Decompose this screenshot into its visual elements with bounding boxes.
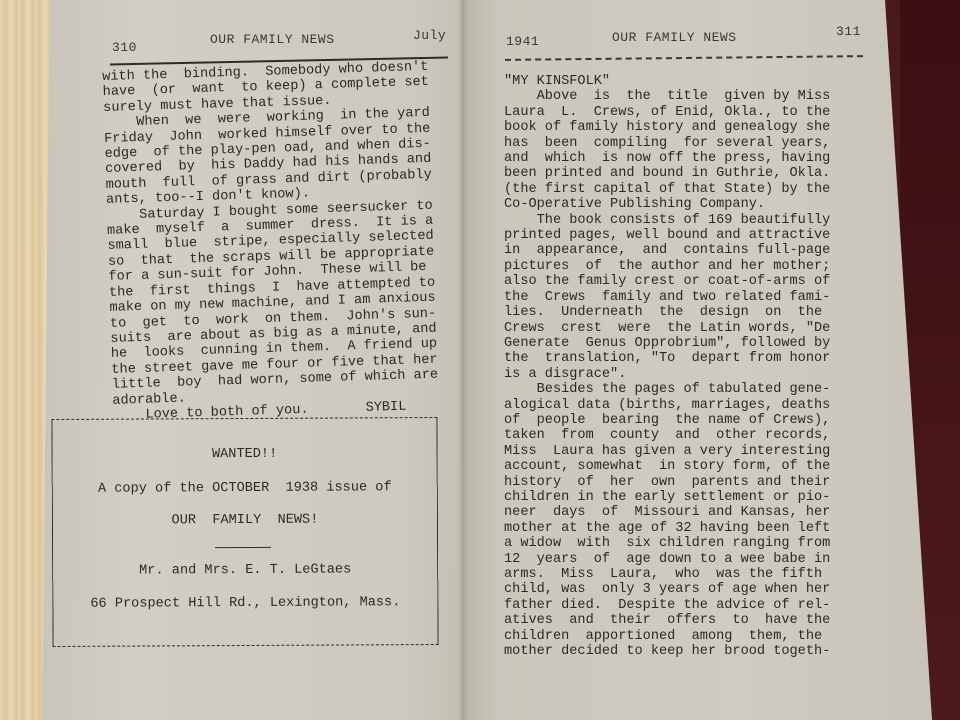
wanted-separator xyxy=(215,547,271,548)
left-page-body: with the binding. Somebody who doesn'tha… xyxy=(102,60,439,424)
right-running-title: OUR FAMILY NEWS xyxy=(612,30,737,45)
right-page-number: 311 xyxy=(836,24,861,39)
right-page-text-line: mother decided to keep her brood togeth- xyxy=(504,644,830,659)
right-page-text-line: The book consists of 169 beautifully xyxy=(504,213,830,228)
right-page-text-line: Crews crest were the Latin words, "De xyxy=(504,321,830,336)
wanted-line-2: OUR FAMILY NEWS! xyxy=(53,512,437,529)
right-page-text-line: child, was only 3 years of age when her xyxy=(504,582,830,597)
right-page-text-line: taken from county and other records, xyxy=(504,428,830,443)
right-page-text-line: and which is now off the press, having xyxy=(504,151,830,166)
left-running-title: OUR FAMILY NEWS xyxy=(210,32,335,47)
left-page-number: 310 xyxy=(112,40,137,55)
right-page-text-line: neer days of Missouri and Kansas, her xyxy=(504,505,830,520)
right-page-text-line: atives and their offers to have the xyxy=(504,613,830,628)
right-page-text-line: account, somewhat in story form, of the xyxy=(504,459,830,474)
right-page-text-line: printed pages, well bound and attractive xyxy=(504,228,830,243)
right-page-text-line: book of family history and genealogy she xyxy=(504,120,830,135)
right-page-text-line: of people bearing the name of Crews), xyxy=(504,413,830,428)
right-page-text-line: the translation, "To depart from honor xyxy=(504,351,830,366)
right-page-text-line: also the family crest or coat-of-arms of xyxy=(504,274,830,289)
right-header-year: 1941 xyxy=(506,34,539,49)
right-page-text-line: (the first capital of that State) by the xyxy=(504,182,830,197)
right-page-text-line: children apportioned among them, the xyxy=(504,629,830,644)
right-page-text-line: history of her own parents and their xyxy=(504,475,830,490)
wanted-heading: WANTED!! xyxy=(53,446,437,463)
right-page-text-line: alogical data (births, marriages, deaths xyxy=(504,398,830,413)
right-page-text-line: "MY KINSFOLK" xyxy=(504,74,830,89)
right-page-text-line: pictures of the author and her mother; xyxy=(504,259,830,274)
right-page-text-line: 12 years of age down to a wee babe in xyxy=(504,552,830,567)
right-page-text-line: Miss Laura has given a very interesting xyxy=(504,444,830,459)
right-page-text-line: has been compiling for several years, xyxy=(504,136,830,151)
wanted-line-1: A copy of the OCTOBER 1938 issue of xyxy=(53,480,437,497)
right-page-text-line: Generate Genus Opprobrium", followed by xyxy=(504,336,830,351)
right-page-text-line: the Crews family and two related fami- xyxy=(504,290,830,305)
right-page-text-line: lies. Underneath the design on the xyxy=(504,305,830,320)
right-page-text-line: arms. Miss Laura, who was the fifth xyxy=(504,567,830,582)
right-page-text-line: father died. Despite the advice of rel- xyxy=(504,598,830,613)
right-page-text-line: been printed and bound in Guthrie, Okla. xyxy=(504,166,830,181)
book-gutter xyxy=(458,0,468,720)
wanted-name: Mr. and Mrs. E. T. LeGtaes xyxy=(53,562,437,579)
right-page-text-line: children in the early settlement or pio- xyxy=(504,490,830,505)
right-page-text-line: in appearance, and contains full-page xyxy=(504,243,830,258)
right-page-text-line: Besides the pages of tabulated gene- xyxy=(504,382,830,397)
right-page-body: "MY KINSFOLK" Above is the title given b… xyxy=(504,74,830,659)
right-page-text-line: mother at the age of 32 having been left xyxy=(504,521,830,536)
right-page-text-line: is a disgrace". xyxy=(504,367,830,382)
right-page-text-line: a widow with six children ranging from xyxy=(504,536,830,551)
wanted-address: 66 Prospect Hill Rd., Lexington, Mass. xyxy=(53,595,437,612)
right-page-text-line: Laura L. Crews, of Enid, Okla., to the xyxy=(504,105,830,120)
right-page-text-line: Co-Operative Publishing Company. xyxy=(504,197,830,212)
left-header-month: July xyxy=(413,28,446,43)
wanted-notice-box: WANTED!! A copy of the OCTOBER 1938 issu… xyxy=(51,417,438,647)
right-page-text-line: Above is the title given by Miss xyxy=(504,89,830,104)
